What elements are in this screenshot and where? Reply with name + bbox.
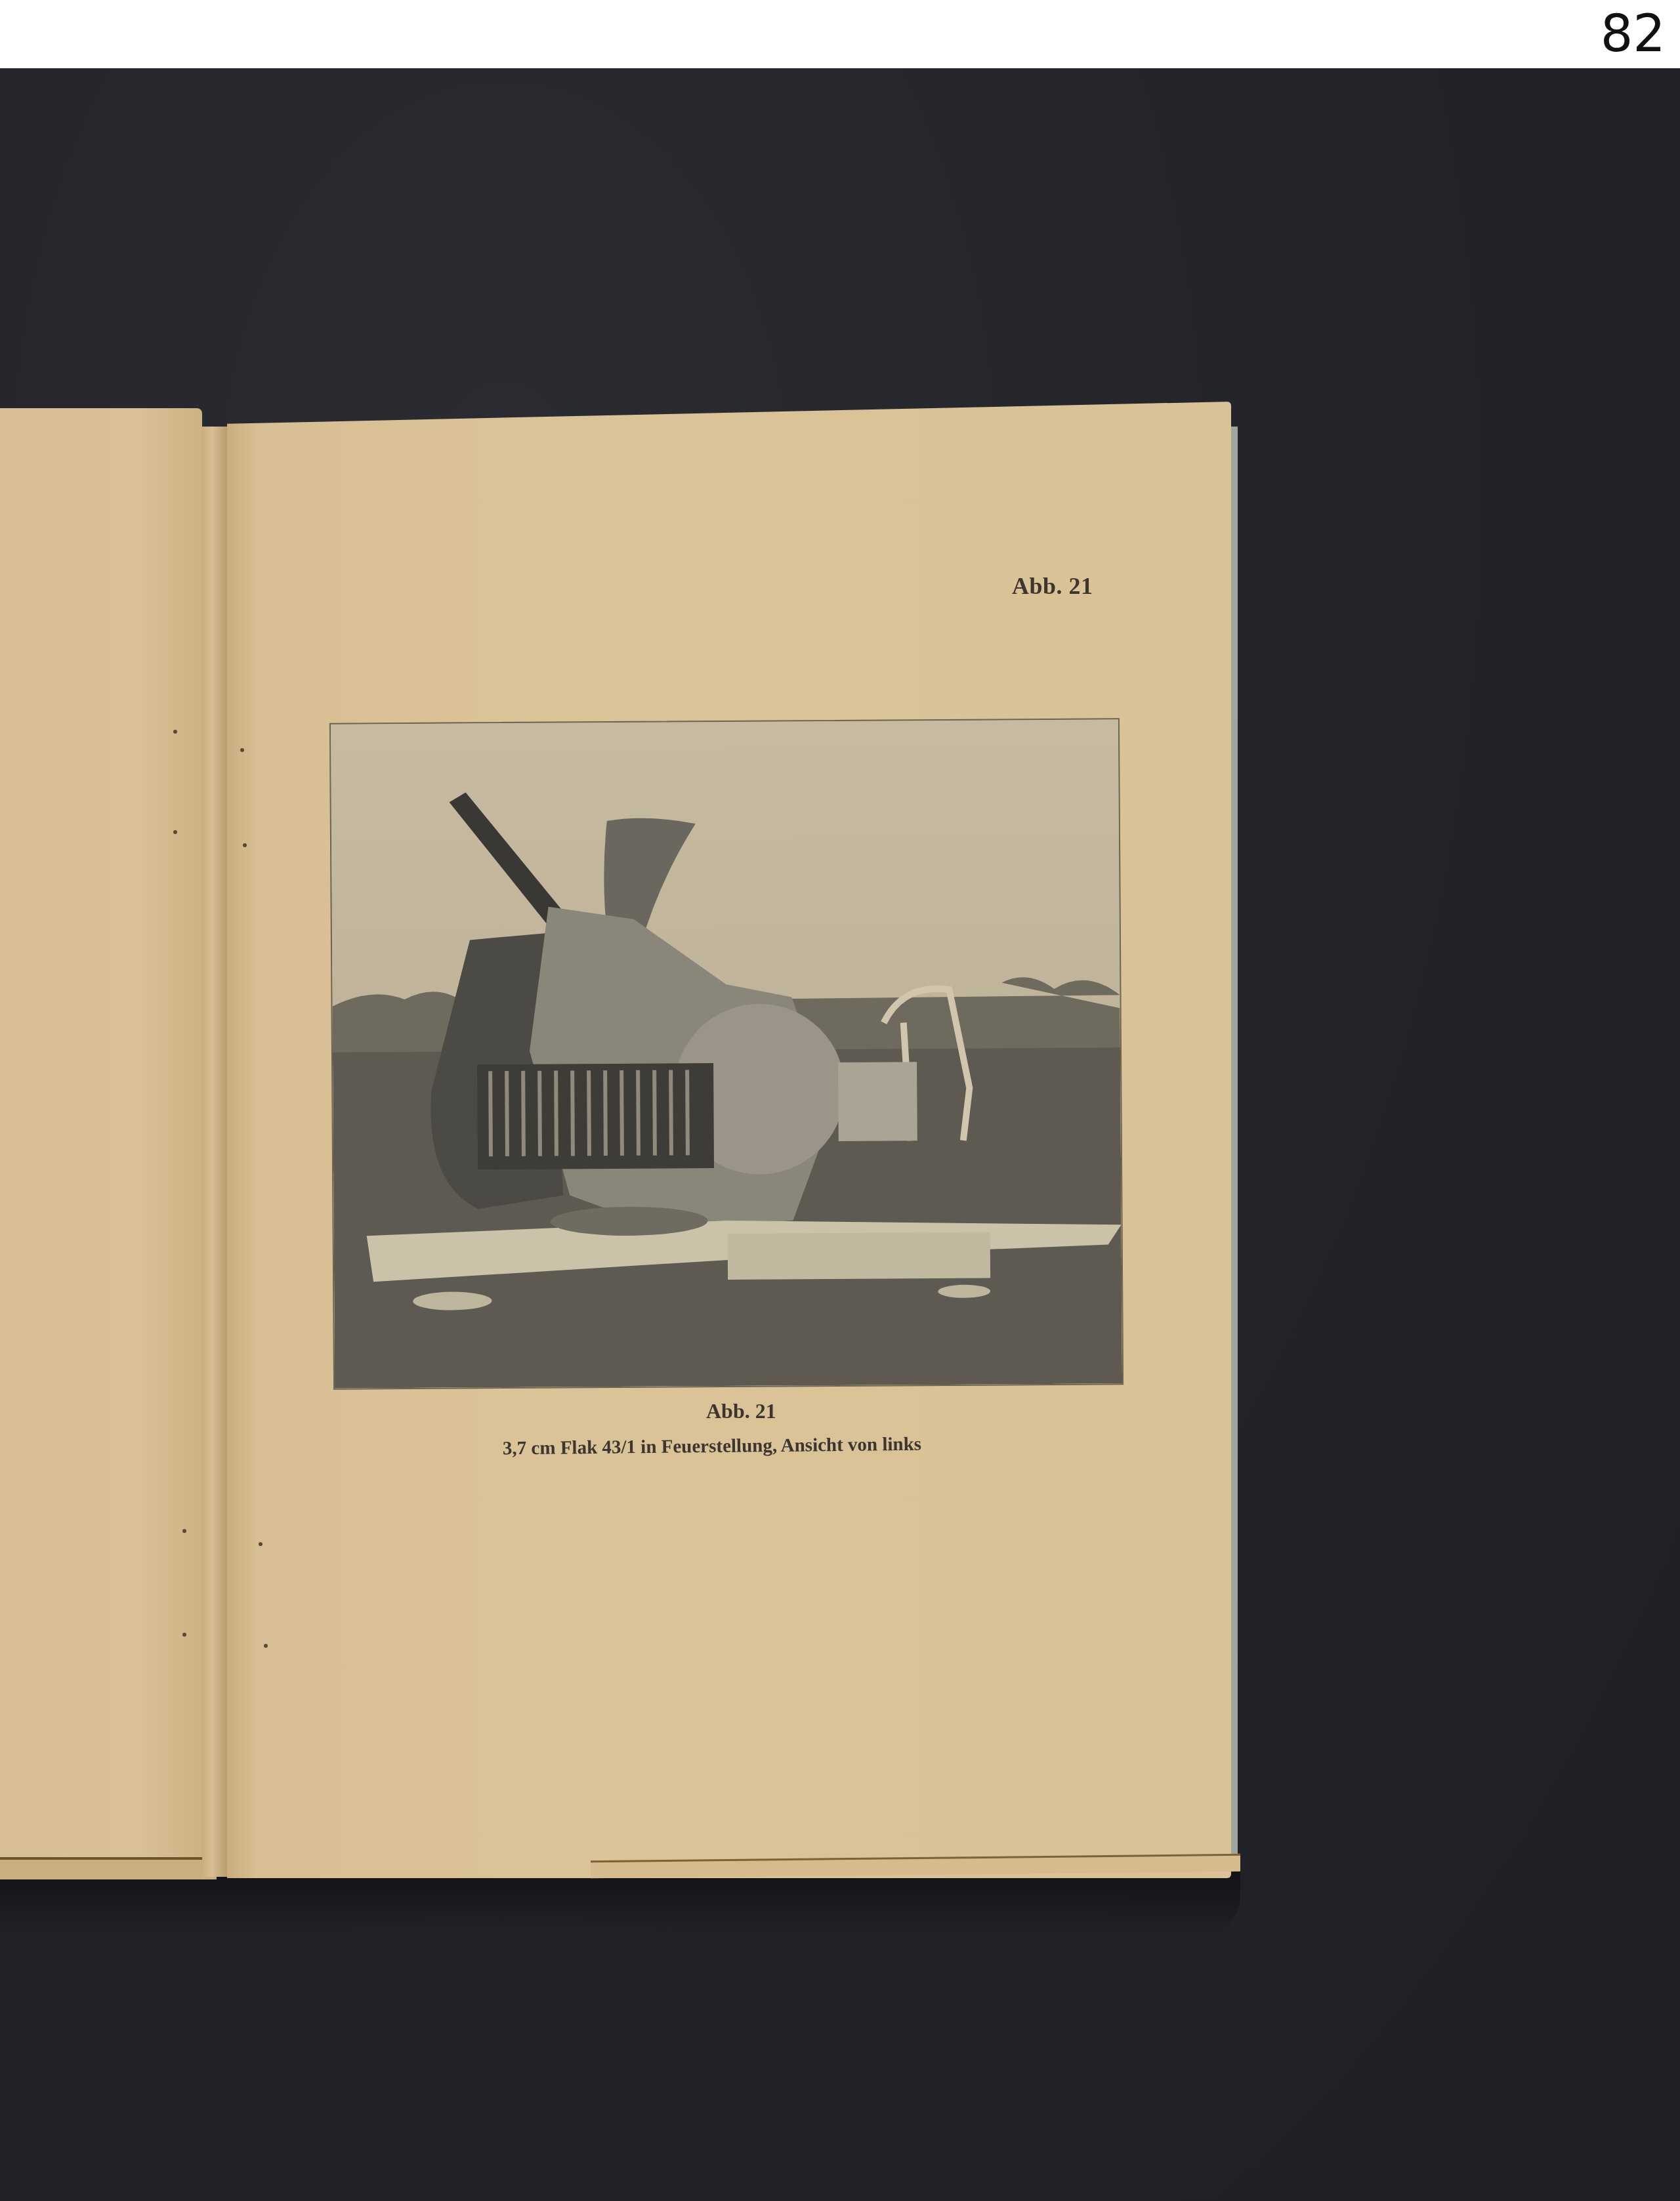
figure-caption-label: Abb. 21	[706, 1399, 776, 1423]
page-edge	[1231, 427, 1238, 1864]
figure-caption-text: 3,7 cm Flak 43/1 in Feuerstellung, Ansic…	[503, 1434, 921, 1460]
binding-stitch-icon	[259, 1542, 262, 1546]
binding-stitch-icon	[240, 748, 244, 752]
binding-stitch-icon	[182, 1633, 186, 1637]
binding-stitch-icon	[243, 843, 247, 847]
binding-stitch-icon	[173, 830, 177, 834]
figure-photograph	[329, 718, 1123, 1389]
binding-stitch-icon	[182, 1529, 186, 1533]
viewer-top-bar: 82	[0, 0, 1680, 68]
binding-stitch-icon	[264, 1644, 268, 1648]
binding-stitch-icon	[173, 730, 177, 734]
book-gutter	[202, 427, 227, 1877]
left-page-under-edge	[0, 1857, 217, 1879]
page-number: 82	[1601, 1, 1666, 67]
left-page	[0, 408, 202, 1878]
photograph-flak-gun-icon	[331, 719, 1122, 1388]
figure-label-top: Abb. 21	[1012, 572, 1093, 600]
